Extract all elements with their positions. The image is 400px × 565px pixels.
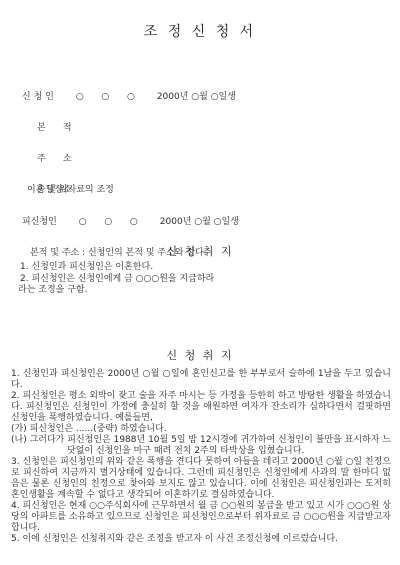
reason-body: 1. 신청인과 피신청인은 2000년 ○월 ○일에 혼인신고를 한 부부로서 … [11,369,391,545]
respondent-birthdate: 2000년 ○월 ○일생 [160,217,239,227]
reason-paragraph: 5. 이에 신청인은 신청취지와 같은 조정을 받고자 이 사건 조정신청에 이… [11,534,391,545]
respondent-name: ○ ○ ○ [79,217,142,227]
applicant-field-registered-domicile: 본 적 [37,123,239,133]
respondent-role-label: 피신청인 [22,217,57,227]
mediation-application-document: 조 정 신 청 서 신 청 인○ ○ ○2000년 ○월 ○일생 본 적 주 소… [0,0,400,565]
purpose-closing: 라는 조정을 구함. [18,285,386,297]
purpose-section-heading: 신 청 취 지 [0,243,400,259]
applicant-role-label: 신 청 인 [22,92,54,102]
applicant-field-address: 주 소 [37,154,239,164]
purpose-item: 2. 피신청인은 신청인에게 금 ○○○원을 지급하라 [20,274,386,286]
applicant-birthdate: 2000년 ○월 ○일생 [157,92,236,102]
reason-subitem-ga: (가) 피신청인은 ......(중략) 하였습니다. [11,424,391,435]
applicant-row: 신 청 인○ ○ ○2000년 ○월 ○일생 [22,92,239,102]
applicant-name: ○ ○ ○ [76,92,139,102]
respondent-row: 피신청인○ ○ ○2000년 ○월 ○일생 [22,217,239,227]
reason-subitem-na: (나) 그러다가 피신청인은 1988년 10월 5일 밤 12시경에 귀가하여… [11,435,391,457]
reason-section-heading: 신 청 취 지 [0,347,400,363]
reason-paragraph: 3. 신청인은 피신청인의 위와 같은 폭행을 견디다 못하여 아들을 데리고 … [11,457,391,501]
reason-paragraph: 4. 피신청인은 현재 ○○주식회사에 근무하면서 월 금 ○○원의 봉급을 받… [11,501,391,534]
document-title: 조 정 신 청 서 [0,21,400,41]
reason-paragraph: 2. 피신청인은 평소 외박이 잦고 술을 자주 마시는 등 가정을 등한히 하… [11,391,391,424]
purpose-list: 1. 신청인과 피신청인은 이혼한다. 2. 피신청인은 신청인에게 금 ○○○… [20,262,386,297]
case-name: 이혼 및 위자료의 조정 [27,182,114,195]
purpose-item: 1. 신청인과 피신청인은 이혼한다. [20,262,386,274]
reason-paragraph: 1. 신청인과 피신청인은 2000년 ○월 ○일에 혼인신고를 한 부부로서 … [11,369,391,391]
